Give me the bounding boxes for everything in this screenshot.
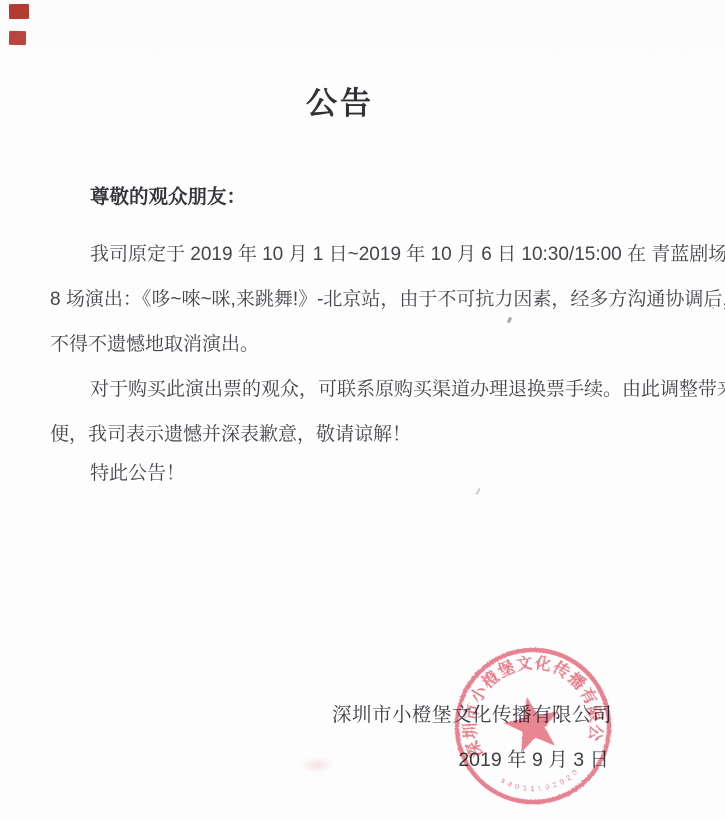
seal-star-icon [499, 691, 565, 755]
greeting-line: 尊敬的观众朋友： [90, 181, 246, 209]
announcement-title: 公告 [0, 78, 680, 123]
paragraph1-line3: 不得不遗憾地取消演出。 [50, 322, 682, 367]
paragraph1-line1: 我司原定于 2019 年 10 月 1 日~2019 年 10 月 6 日 10… [50, 232, 682, 277]
closing-line: 特此公告！ [90, 451, 185, 496]
pink-ink-smudge [300, 757, 334, 773]
paragraph1-line2: 8 场演出：《哆~唻~咪,来跳舞!》-北京站，由于不可抗力因素，经多方沟通协调后… [50, 277, 682, 322]
scan-speck [712, 307, 714, 309]
paragraph2-line1: 对于购买此演出票的观众，可联系原购买渠道办理退换票手续。由此调整带来的不 [50, 367, 682, 412]
announcement-document: 公告 尊敬的观众朋友： 我司原定于 2019 年 10 月 1 日~2019 年… [0, 0, 725, 819]
red-corner-mark-top [9, 4, 29, 19]
red-corner-mark-bottom [9, 31, 26, 45]
scan-speck [475, 488, 480, 495]
announcement-body: 我司原定于 2019 年 10 月 1 日~2019 年 10 月 6 日 10… [50, 232, 682, 457]
official-seal: 深圳市小橙堡文化传播有限公司 44031102020 [433, 626, 632, 819]
seal-serial-number: 44031102020 [497, 760, 585, 802]
